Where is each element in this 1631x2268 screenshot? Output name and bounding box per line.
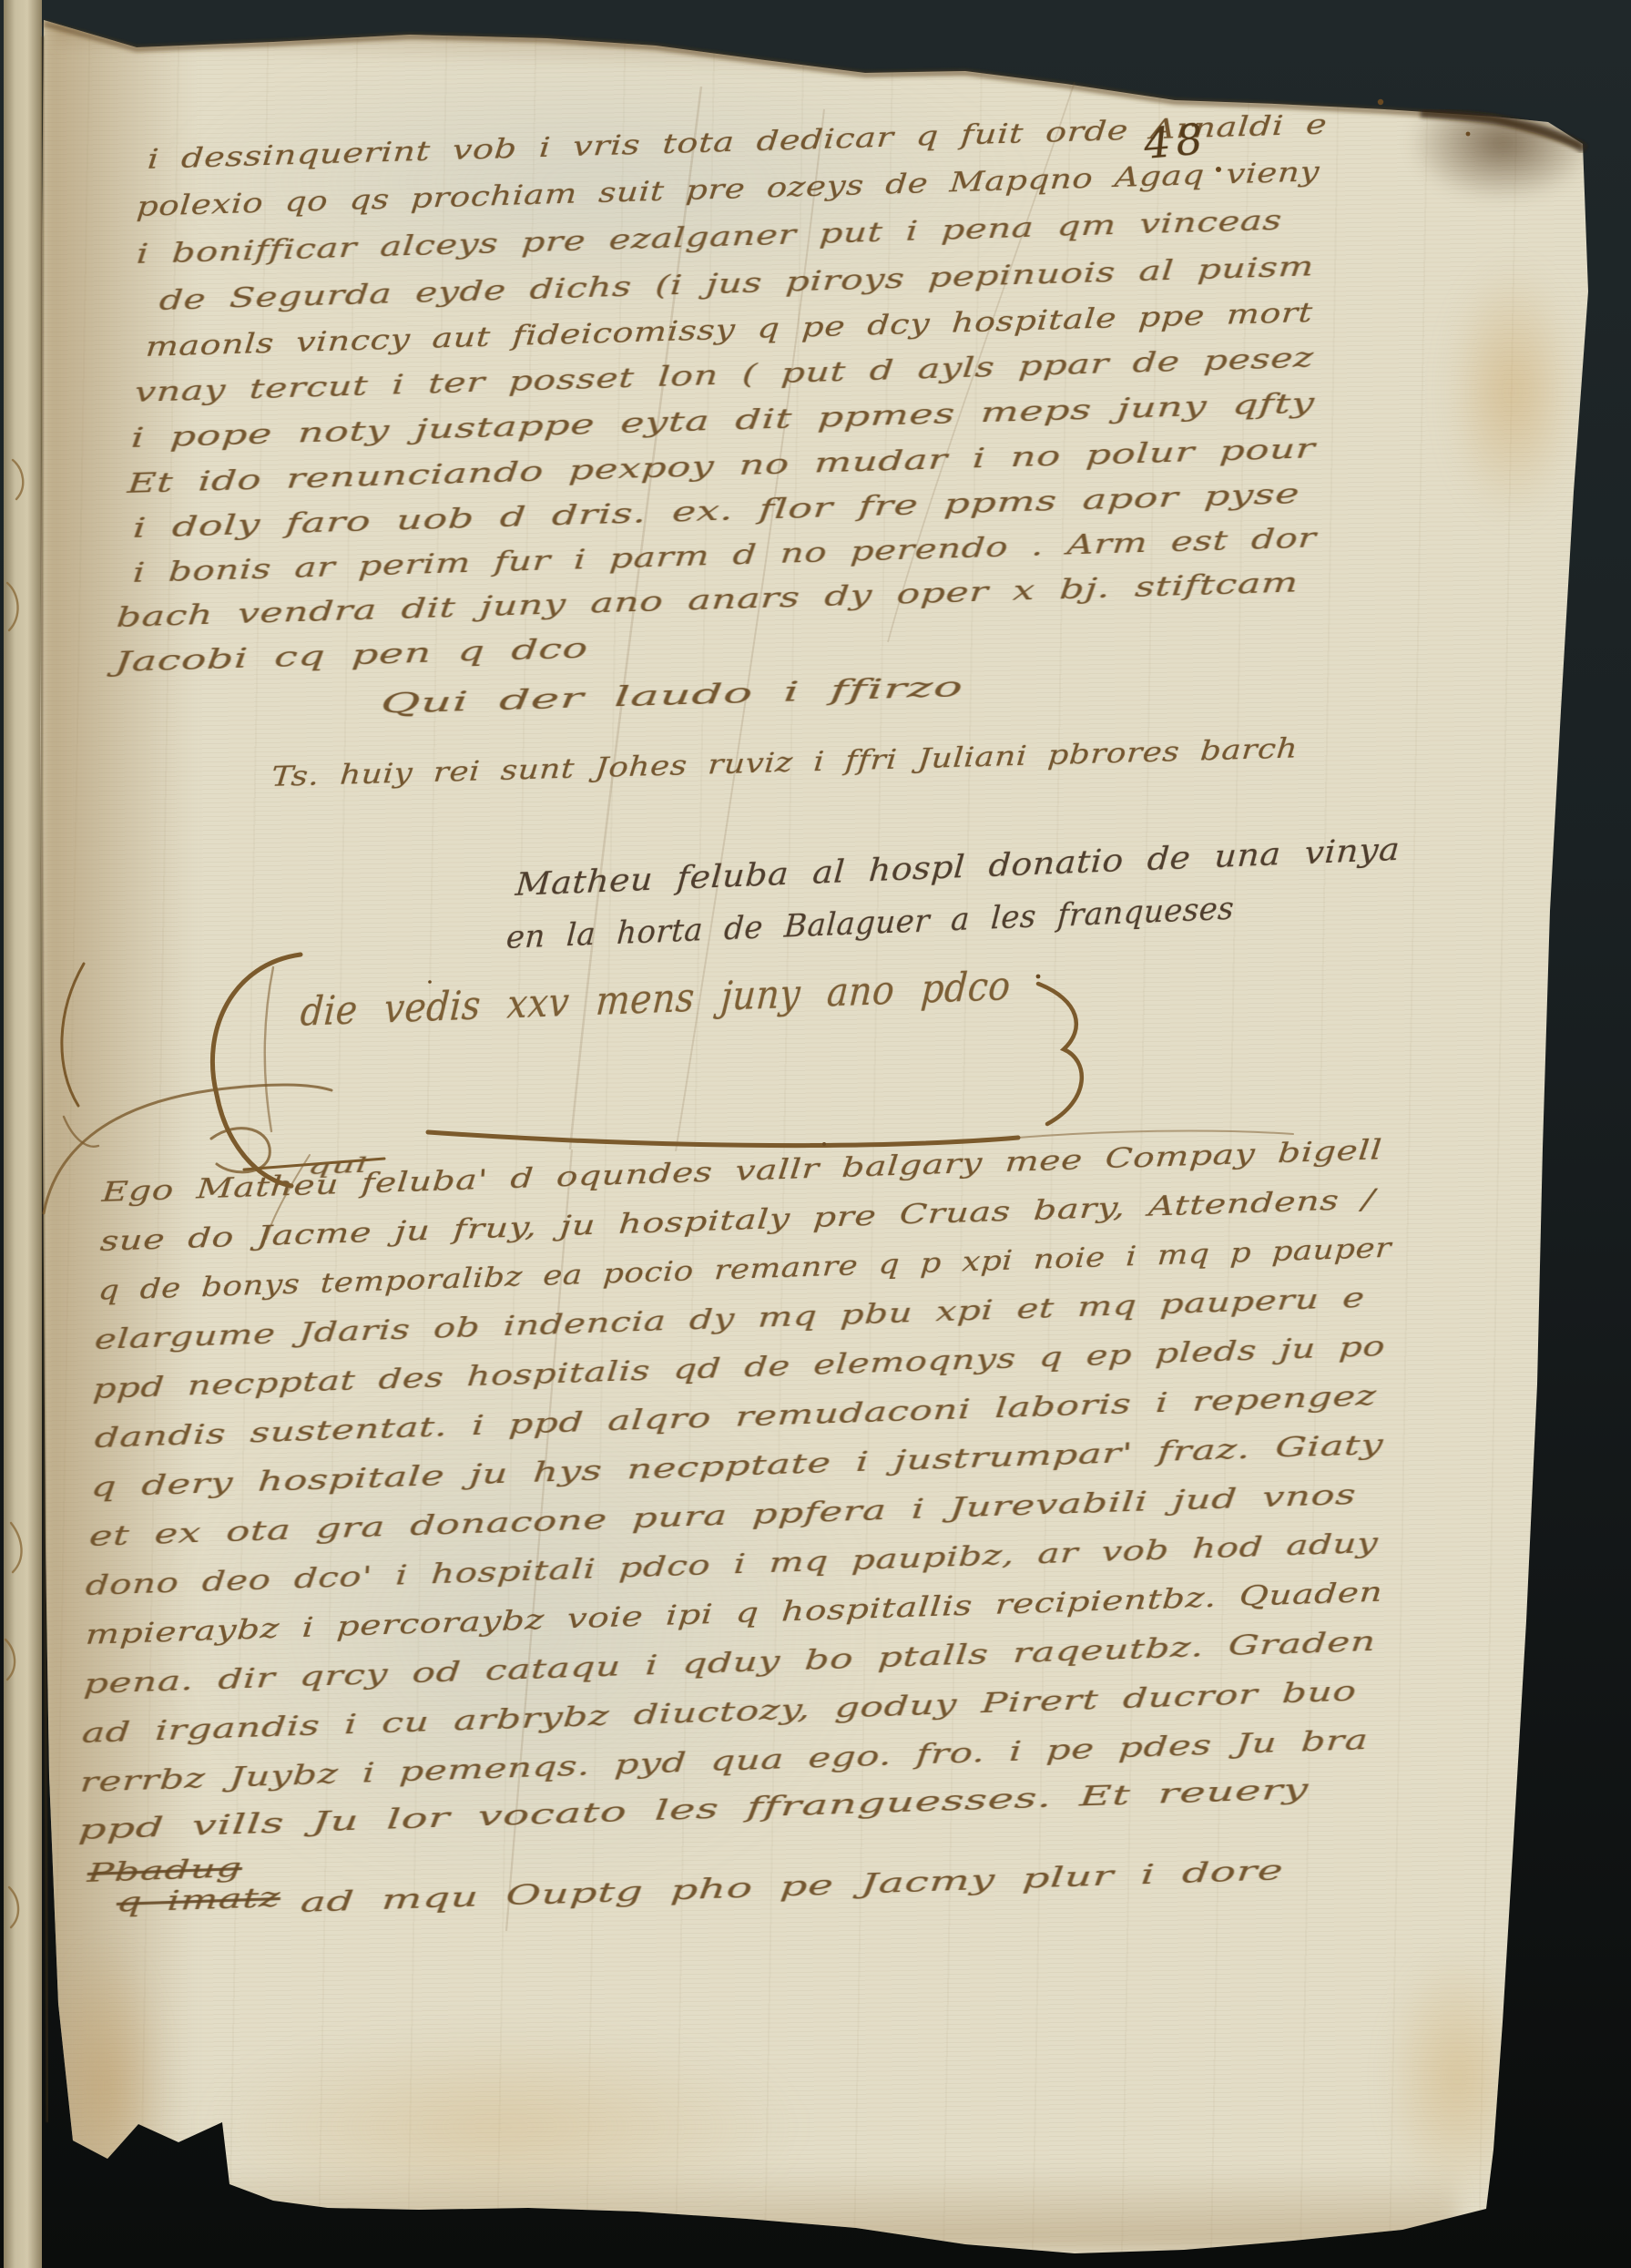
manuscript-line: Qui der laudo i ffirzo [380, 671, 964, 720]
manuscript-line: en la horta de Balaguer a les franqueses [505, 891, 1236, 956]
manuscript-line: die vedis xxv mens juny ano pdco [299, 963, 1012, 1036]
manuscript-line: Ts. huiy rei sunt Johes ruviz i ffri Jul… [270, 732, 1300, 793]
previous-leaf-edge [4, 0, 42, 2268]
manuscript-line: Jacobi cq pen q dco [114, 633, 589, 679]
manuscript-line: Matheu feluba al hospl donatio de una vi… [515, 832, 1402, 904]
page-number: 48 [1142, 114, 1210, 169]
manuscript-line: q imatz [116, 1882, 281, 1919]
manuscript-line: Pbadug [87, 1853, 243, 1888]
manuscript-scan: i dessinquerint vob i vris tota dedicar … [0, 0, 1631, 2268]
manuscript-page: i dessinquerint vob i vris tota dedicar … [0, 0, 1631, 2268]
manuscript-line: ad mqu Ouptg pho pe Jacmy plur i dore [300, 1854, 1285, 1919]
manuscript-text-layer: i dessinquerint vob i vris tota dedicar … [0, 0, 1631, 2268]
